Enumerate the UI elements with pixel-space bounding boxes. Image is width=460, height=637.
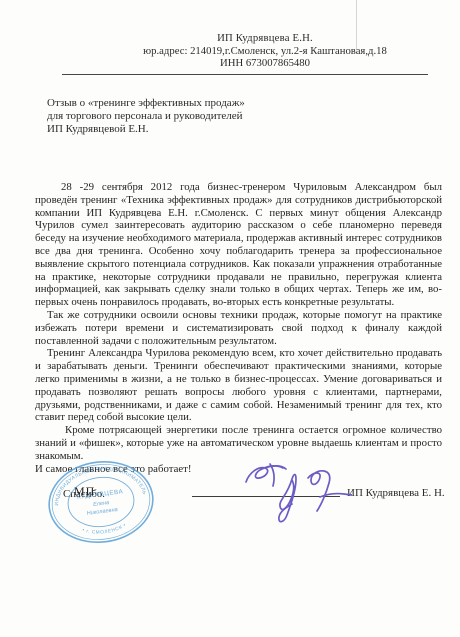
paragraph: 28 -29 сентября 2012 года бизнес-тренеро… bbox=[35, 181, 442, 309]
document-title: Отзыв о «тренинге эффективных продаж» дл… bbox=[47, 97, 377, 137]
document-page: ИП Кудрявцева Е.Н. юр.адрес: 214019,г.См… bbox=[0, 0, 460, 637]
mp-seal-placeholder-label: МП bbox=[74, 484, 95, 499]
letterhead: ИП Кудрявцева Е.Н. юр.адрес: 214019,г.См… bbox=[70, 32, 460, 70]
handwritten-signature bbox=[240, 450, 352, 528]
paragraph: Кроме потрясающей энергетики после трени… bbox=[35, 424, 442, 462]
svg-text:ИНДИВИДУАЛЬНЫЙ ПРЕДПРИНИМАТЕЛЬ: ИНДИВИДУАЛЬНЫЙ ПРЕДПРИНИМАТЕЛЬ bbox=[50, 459, 148, 507]
paragraph: Тренинг Александра Чурилова рекомендую в… bbox=[35, 347, 442, 424]
title-line-2: для торгового персонала и руководителей bbox=[47, 110, 377, 123]
inn-number: ИНН 673007865480 bbox=[70, 57, 460, 70]
stamp-firstname: Елена bbox=[93, 500, 110, 508]
title-line-1: Отзыв о «тренинге эффективных продаж» bbox=[47, 97, 377, 110]
stamp-patronymic: Николаевна bbox=[86, 507, 118, 517]
paragraph: Так же сотрудники освоили основы техники… bbox=[35, 309, 442, 347]
signature-stroke bbox=[279, 475, 296, 522]
company-stamp: ИНДИВИДУАЛЬНЫЙ ПРЕДПРИНИМАТЕЛЬ • г. СМОЛ… bbox=[46, 458, 156, 546]
legal-address: юр.адрес: 214019,г.Смоленск, ул.2-я Кашт… bbox=[70, 45, 460, 58]
letterhead-divider bbox=[62, 74, 428, 75]
signatory-name: ИП Кудрявцева Е. Н. bbox=[347, 487, 445, 499]
body-paragraphs: 28 -29 сентября 2012 года бизнес-тренеро… bbox=[35, 181, 442, 501]
company-name: ИП Кудрявцева Е.Н. bbox=[70, 32, 460, 45]
signature-stroke bbox=[308, 471, 352, 511]
title-line-3: ИП Кудрявцевой Е.Н. bbox=[47, 123, 377, 136]
signature-stroke bbox=[265, 464, 286, 486]
stamp-ring-text-top: ИНДИВИДУАЛЬНЫЙ ПРЕДПРИНИМАТЕЛЬ bbox=[50, 459, 148, 507]
